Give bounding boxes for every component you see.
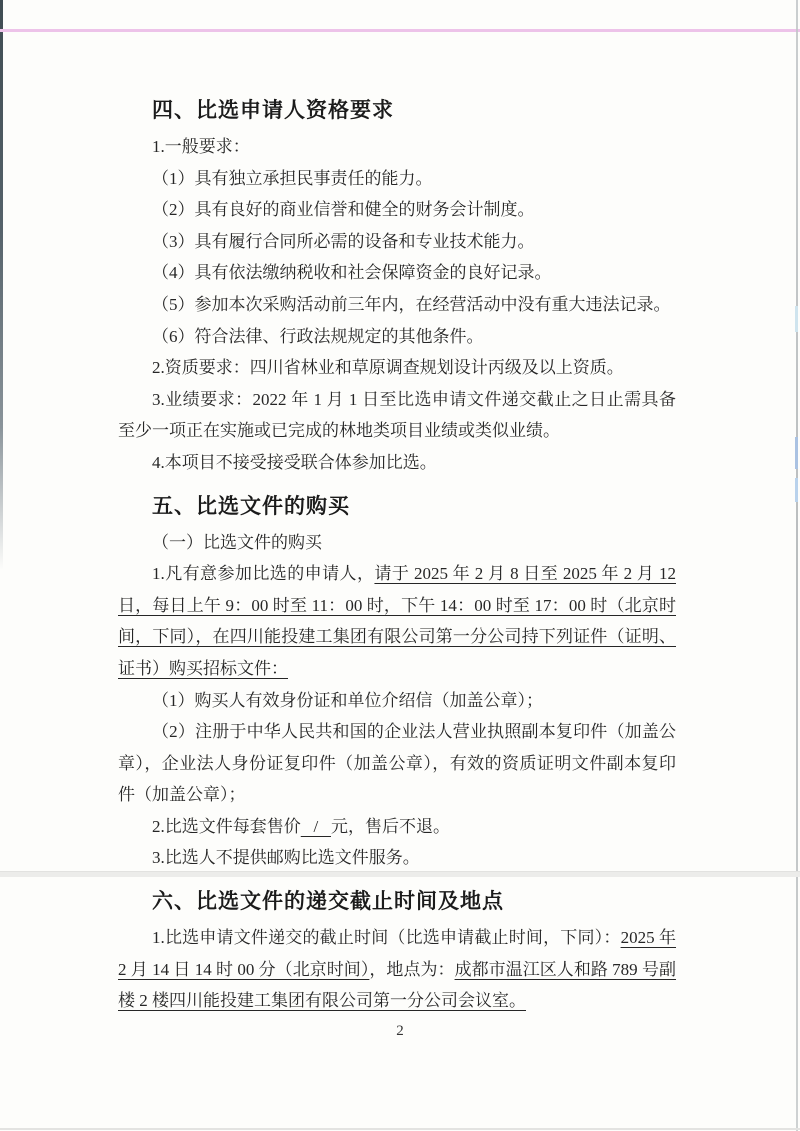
text-run: 元，售后不退。 — [331, 817, 450, 836]
section-heading-purchase: 五、比选文件的购买 — [118, 491, 676, 521]
text-run: （6）符合法律、行政法规规定的其他条件。 — [152, 327, 484, 346]
section-heading-qualification: 四、比选申请人资格要求 — [118, 95, 676, 125]
text-run: （1）具有独立承担民事责任的能力。 — [152, 169, 433, 188]
text-run: 3.比选人不提供邮购比选文件服务。 — [152, 848, 420, 867]
paragraph-req-1: （1）具有独立承担民事责任的能力。 — [118, 163, 676, 195]
section-heading-deadline: 六、比选文件的递交截止时间及地点 — [118, 886, 676, 916]
scan-blue-mark — [795, 478, 798, 502]
text-run: 1.凡有意参加比选的申请人， — [152, 564, 374, 583]
page-number: 2 — [0, 1023, 800, 1040]
paragraph-no-consortium: 4.本项目不接受接受联合体参加比选。 — [118, 447, 676, 479]
scan-edge-bottom-line — [0, 1128, 800, 1130]
text-run: 2.比选文件每套售价 — [152, 817, 301, 836]
paragraph-req-2: （2）具有良好的商业信誉和健全的财务会计制度。 — [118, 194, 676, 226]
scan-blue-mark — [795, 306, 798, 332]
text-run: 1.一般要求： — [152, 137, 250, 156]
paragraph-purchase-time: 1.凡有意参加比选的申请人，请于 2025 年 2 月 8 日至 2025 年 … — [118, 558, 676, 684]
paragraph-purchase-doc-1: （1）购买人有效身份证和单位介绍信（加盖公章）； — [118, 685, 676, 717]
paragraph-req-5: （5）参加本次采购活动前三年内，在经营活动中没有重大违法记录。 — [118, 289, 676, 321]
text-run: ，地点为： — [369, 960, 454, 979]
scan-edge-right-line — [796, 0, 798, 1131]
paragraph-general-req: 1.一般要求： — [118, 131, 676, 163]
scan-pink-line — [0, 29, 800, 32]
paragraph-req-3: （3）具有履行合同所必需的设备和专业技术能力。 — [118, 226, 676, 258]
text-run: 2.资质要求：四川省林业和草原调查规划设计丙级及以上资质。 — [152, 358, 624, 377]
text-run: 1.比选申请文件递交的截止时间（比选申请截止时间，下同）： — [152, 928, 621, 947]
text-run: （2）注册于中华人民共和国的企业法人营业执照副本复印件（加盖公章），企业法人身份… — [118, 722, 676, 804]
scan-blue-mark — [795, 437, 798, 469]
text-run: 4.本项目不接受接受联合体参加比选。 — [152, 453, 437, 472]
paragraph-req-4: （4）具有依法缴纳税收和社会保障资金的良好记录。 — [118, 257, 676, 289]
text-run: （3）具有履行合同所必需的设备和专业技术能力。 — [152, 232, 535, 251]
paragraph-purchase-sub: （一）比选文件的购买 — [118, 527, 676, 559]
text-run: （一）比选文件的购买 — [152, 533, 322, 552]
text-run: （1）购买人有效身份证和单位介绍信（加盖公章）； — [152, 691, 543, 710]
text-run: （2）具有良好的商业信誉和健全的财务会计制度。 — [152, 200, 535, 219]
text-run: （5）参加本次采购活动前三年内，在经营活动中没有重大违法记录。 — [152, 295, 671, 314]
paragraph-purchase-doc-2: （2）注册于中华人民共和国的企业法人营业执照副本复印件（加盖公章），企业法人身份… — [118, 716, 676, 811]
paragraph-price: 2.比选文件每套售价 / 元，售后不退。 — [118, 811, 676, 843]
scan-edge-left-line — [0, 0, 3, 570]
paragraph-no-mail-order: 3.比选人不提供邮购比选文件服务。 — [118, 842, 676, 874]
paragraph-req-6: （6）符合法律、行政法规规定的其他条件。 — [118, 321, 676, 353]
text-run: 3.业绩要求：2022 年 1 月 1 日至比选申请文件递交截止之日止需具备至少… — [118, 390, 676, 441]
paragraph-performance-req: 3.业绩要求：2022 年 1 月 1 日至比选申请文件递交截止之日止需具备至少… — [118, 384, 676, 447]
paragraph-aptitude-req: 2.资质要求：四川省林业和草原调查规划设计丙级及以上资质。 — [118, 352, 676, 384]
price-blank-underline: / — [301, 817, 331, 836]
paragraph-deadline: 1.比选申请文件递交的截止时间（比选申请截止时间，下同）：2025 年 2 月 … — [118, 922, 676, 1017]
document-content: 四、比选申请人资格要求 1.一般要求： （1）具有独立承担民事责任的能力。 （2… — [118, 95, 676, 1017]
text-run: （4）具有依法缴纳税收和社会保障资金的良好记录。 — [152, 263, 552, 282]
